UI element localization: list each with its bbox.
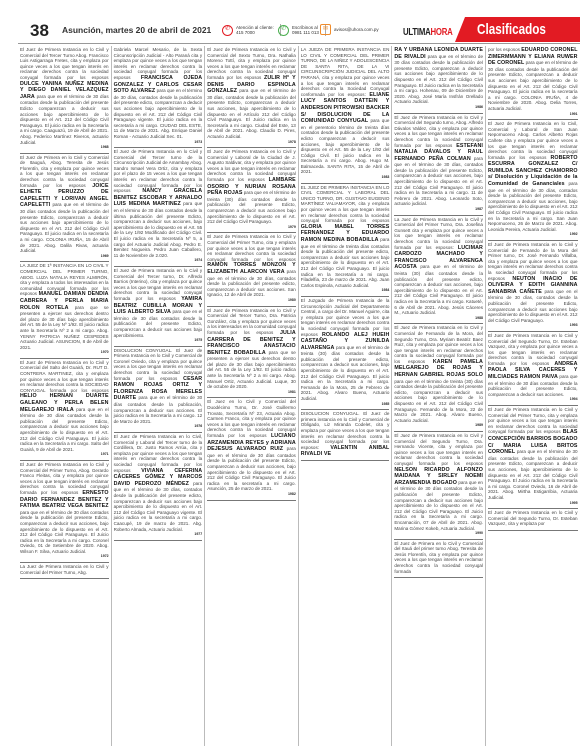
notice-code: 1987 (394, 207, 483, 213)
notice-code: 1971 (20, 452, 109, 458)
legal-notice: El Juez de Primera Instancia en lo Civil… (114, 148, 203, 267)
brand-part1: ULTIMA (403, 27, 430, 38)
legal-notice: El Juez de Primera Instancia en lo Civil… (394, 324, 483, 432)
legal-notice: El Juzgado de Primera Instancia de la Ci… (301, 297, 390, 410)
notice-text: EL JUEZ DE PRIMERA INSTANCIA EN LO CIVIL… (301, 185, 390, 224)
notice-code: 1983 (301, 175, 390, 181)
notice-text: para que en el término de treinta días c… (301, 237, 390, 288)
column-5: RA Y URBANA LEONIDA DUARTE DE RIVALDI pa… (392, 46, 486, 746)
notice-text: El Juez de Primera Instancia en lo Civil… (488, 510, 578, 526)
notice-code: 1980 (207, 298, 296, 304)
column-4: LA JUEZA DE PRIMERA INSTANCIA EN LO CIVI… (299, 46, 393, 746)
notice-code: 1988 (394, 316, 483, 322)
notice-code: 1991 (488, 112, 578, 118)
legal-notice: El Juez de Primera en lo Civil y Comerci… (20, 154, 109, 263)
notice-code: 1970 (20, 350, 109, 356)
notice-code: 1977 (114, 532, 203, 538)
legal-notice: El Juez de Primera Instancia en lo Civil… (207, 46, 296, 148)
notice-text: para que en el término de 30 días contad… (114, 201, 203, 257)
legal-notice: Gabriela Marcel Mesario, de la Sexta Cir… (114, 46, 203, 148)
contact-value: 415 7000 (236, 30, 274, 35)
brand-part2: HORA (430, 27, 452, 38)
legal-notice: La Juez de Primera Instancia en lo Civil… (20, 563, 109, 579)
legal-notice: DISOLUCION CONYUGAL. El Juez de Primera … (114, 347, 203, 433)
page-number: 38 (30, 21, 49, 41)
notice-text: por los esposos (488, 47, 520, 52)
notice-text: para que en el término de 30 días contad… (488, 449, 578, 500)
notice-text: para que en el término de 30 días contad… (207, 446, 296, 491)
legal-notice: El Juez de Primera Instancia en lo Civil… (207, 148, 296, 233)
notice-names: RAMON TORRES MONZON Y ELIZABETH ALARCON … (207, 262, 296, 275)
notice-code: 1984 (301, 288, 390, 294)
notice-text: para que en el término de 30 días, conta… (207, 88, 296, 139)
notice-code: 1969 (20, 254, 109, 260)
notice-code: 1985 (301, 402, 390, 408)
publication-date: Asunción, martes 20 de abril de 2021 (62, 25, 211, 35)
legal-notice: DISOLUCION CONYUGAL. El Juez de primera … (301, 410, 390, 461)
notice-text: para que se presenten a ejercer sus dere… (20, 305, 109, 350)
column-6: por los esposos EDUARDO CORONEL ZIMERMMA… (486, 46, 580, 746)
notice-text: para que en el término de 30 días contad… (394, 480, 483, 531)
notice-text: para que en el término de 30 días contad… (20, 202, 109, 253)
legal-notice: El Juez de Primera Instancia en lo Civil… (20, 461, 109, 563)
notice-code: 1994 (488, 397, 578, 403)
column-2: Gabriela Marcel Mesario, de la Sexta Cir… (112, 46, 206, 746)
brand-logo: ULTIMAHORA (403, 27, 453, 38)
notice-code: 1968 (20, 145, 109, 151)
notice-text: LA JUEZA DE PRIMERA INSTANCIA EN LO CIVI… (301, 47, 390, 97)
contact-value: 0981 111 013 (292, 30, 319, 35)
notice-text: para que en el término de treinta (30) d… (301, 345, 390, 401)
legal-notice: El Juez de Primera Instancia en lo Civil… (20, 46, 109, 154)
notice-text: para que en el término de 30 días, conta… (114, 88, 203, 139)
legal-notice: El Juez de Primera Instancia en lo Civil… (394, 432, 483, 540)
notice-text: para que en el término de 30 días contad… (20, 510, 109, 554)
notice-text: El Juez de Primera Instancia en lo Civil… (20, 360, 109, 393)
legal-notice: El Juez de Primera Instancia en lo Civil… (114, 433, 203, 541)
notice-text: para que en el término de 30 días contad… (20, 407, 109, 452)
notice-text: para que en el término de 30 días contad… (394, 54, 483, 105)
mail-icon: ✉ (320, 24, 331, 35)
notice-text: La Juez de Primera Instancia en lo Civil… (20, 564, 109, 575)
legal-notice: El Juez de Primera Instancia en lo Civil… (207, 233, 296, 306)
notice-code: 1982 (207, 492, 296, 498)
column-3: El Juez de Primera Instancia en lo Civil… (205, 46, 299, 746)
section-title: Clasificados (477, 21, 546, 38)
legal-notice: El Juez de Primera Instancia en lo Civil… (394, 114, 483, 216)
legal-notice: por los esposos EDUARDO CORONEL ZIMERMMA… (488, 46, 578, 120)
phone-icon: ✆ (222, 25, 233, 36)
notice-text: El Juez de Primera Instancia en lo Civil… (207, 234, 296, 261)
notice-text: para que en el término de 30 días, conta… (394, 156, 483, 207)
column-1: El Juez de Primera Instancia en lo Civil… (18, 46, 112, 746)
notice-text: para que en el término de 30 días, conta… (114, 481, 203, 532)
notice-text: para que en el término de treinta (30) d… (394, 264, 483, 315)
notice-text: El Juez de Primera Instancia en lo Civil… (394, 433, 483, 466)
notice-code: 1976 (114, 424, 203, 430)
legal-notice: La Juez de Primera Instancia en lo Civil… (394, 216, 483, 325)
contact-whatsapp[interactable]: ✆ Escríbinos al0981 111 013 (278, 24, 326, 36)
notice-code: 1992 (488, 232, 578, 238)
legal-notice: LA JUEZA DE PRIMERA INSTANCIA EN LO CIVI… (301, 46, 390, 184)
legal-notice: EL JUEZ DE PRIMERA INSTANCIA EN LO CIVIL… (301, 184, 390, 297)
legal-notice: El Juez de Primera Instancia en lo Civil… (488, 509, 578, 531)
notice-code: 1995 (488, 501, 578, 507)
notice-names: GLORIA MABEL TORRES FERNANDEZ Y EDUARDO … (301, 224, 390, 243)
notice-code: 1973 (114, 140, 203, 146)
notice-code: 1978 (207, 140, 296, 146)
notice-text: para que en el perentorio término de tre… (301, 118, 390, 174)
notice-code: 1979 (207, 225, 296, 231)
classifieds-columns: El Juez de Primera Instancia en lo Civil… (18, 46, 580, 746)
section-tab: Clasificados (455, 17, 580, 42)
notice-text: para que se presenten a ejercer sus dere… (207, 350, 296, 390)
notice-text: para que en el término de treinta (30) d… (394, 379, 483, 423)
notice-code: 1975 (114, 338, 203, 344)
whatsapp-icon: ✆ (278, 25, 289, 36)
legal-notice: El Juez de Primera Instancia en lo Civil… (488, 406, 578, 509)
legal-notice: El Juez de Primera Instancia en lo Civil… (114, 267, 203, 347)
notice-code: 1986 (394, 105, 483, 111)
contact-phone[interactable]: ✆ Atención al cliente:415 7000 (222, 24, 281, 36)
legal-notice: El Juez de Primera Instancia en lo Civil… (488, 120, 578, 241)
notice-code: 1972 (20, 554, 109, 560)
legal-notice: El Juez de Primera Instancia en lo Civil… (207, 307, 296, 399)
legal-notice: El Juez de Primera Instancia en lo Civil… (488, 332, 578, 406)
notice-text: para que en el término de 30 días contad… (20, 94, 109, 145)
legal-notice: El Juez de Primera Instancia en lo Civil… (20, 359, 109, 461)
contact-email[interactable]: ✉ avisos@uhora.com.py (320, 24, 379, 35)
legal-notice: El Juez de Primera en lo Civil y Comerci… (394, 540, 483, 579)
notice-code: 1989 (394, 423, 483, 429)
legal-notice: RA Y URBANA LEONIDA DUARTE DE RIVALDI pa… (394, 46, 483, 114)
contact-value: avisos@uhora.com.py (334, 27, 379, 32)
legal-notice: El Juez en lo Civil y Comercial del Duod… (207, 398, 296, 500)
notice-code: 1981 (207, 390, 296, 396)
notice-code: 1974 (114, 258, 203, 264)
notice-text: El Juez de Primera Instancia en lo Civil… (114, 149, 203, 193)
legal-notice: El Juez de Primera Instancia en lo Civil… (488, 241, 578, 332)
notice-text: para que en el término de 30 días, conta… (488, 181, 578, 232)
header-rule (18, 43, 580, 44)
notice-code: 1993 (488, 323, 578, 329)
notice-text: El Juez de Primera en lo Civil y Comerci… (394, 541, 483, 574)
notice-code: 1990 (394, 531, 483, 537)
legal-notice: LA JUEZ DE 1ª INSTANCIA EN LO CIVIL Y CO… (20, 262, 109, 359)
notice-text: El Juez de Primera Instancia en lo Civil… (20, 47, 109, 80)
notice-text: para que en el término de 30 días contad… (488, 60, 578, 111)
page-header: 38 Asunción, martes 20 de abril de 2021 … (0, 0, 580, 44)
